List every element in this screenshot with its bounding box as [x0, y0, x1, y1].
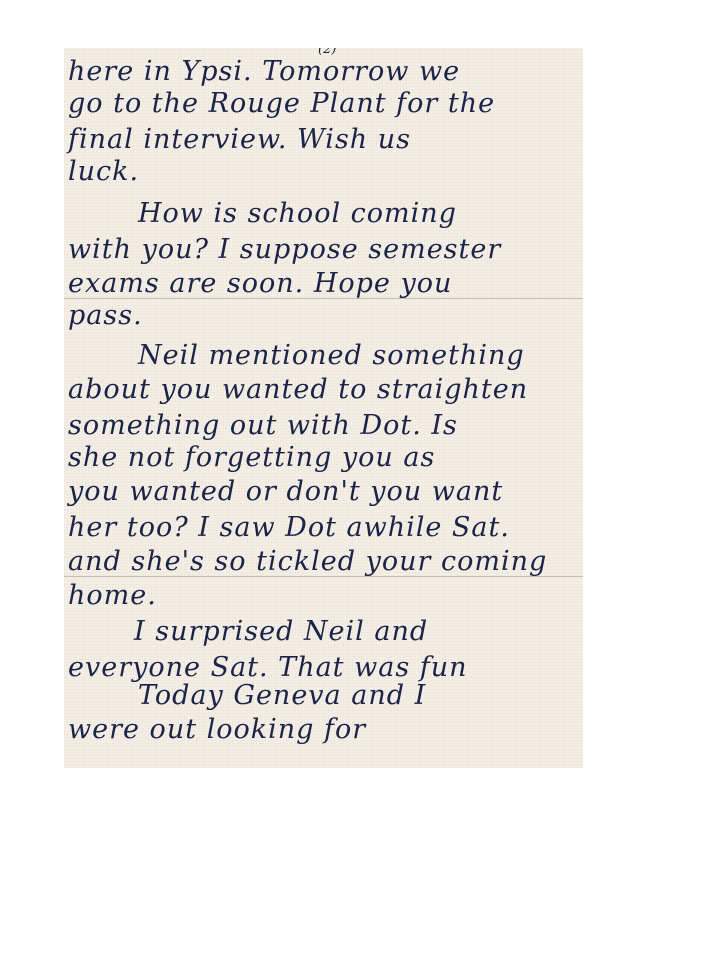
letter-line: How is school coming [138, 198, 457, 229]
letter-line: exams are soon. Hope you [68, 268, 452, 299]
letter-line: something out with Dot. Is [68, 410, 458, 441]
letter-line: her too? I saw Dot awhile Sat. [68, 512, 510, 543]
letter-line: she not forgetting you as [68, 442, 435, 473]
letter-line: and she's so tickled your coming [68, 546, 547, 577]
paper-fold-line [64, 298, 583, 299]
letter-line: final interview. Wish us [68, 124, 411, 155]
letter-line: luck. [68, 156, 139, 187]
letter-line: I surprised Neil and [134, 616, 428, 647]
letter-page: (2) here in Ypsi. Tomorrow we go to the … [64, 48, 583, 768]
letter-line: Today Geneva and I [138, 680, 426, 711]
letter-line: about you wanted to straighten [68, 374, 528, 405]
letter-line: were out looking for [68, 714, 366, 745]
letter-line: Neil mentioned something [138, 340, 525, 371]
letter-line: you wanted or don't you want [68, 476, 503, 507]
letter-line: home. [68, 580, 157, 611]
letter-line: everyone Sat. That was fun [68, 652, 468, 683]
paper-fold-line [64, 576, 583, 577]
letter-line: with you? I suppose semester [68, 234, 501, 265]
letter-line: here in Ypsi. Tomorrow we [68, 56, 460, 87]
letter-line: pass. [68, 300, 143, 331]
letter-line: go to the Rouge Plant for the [68, 88, 495, 119]
